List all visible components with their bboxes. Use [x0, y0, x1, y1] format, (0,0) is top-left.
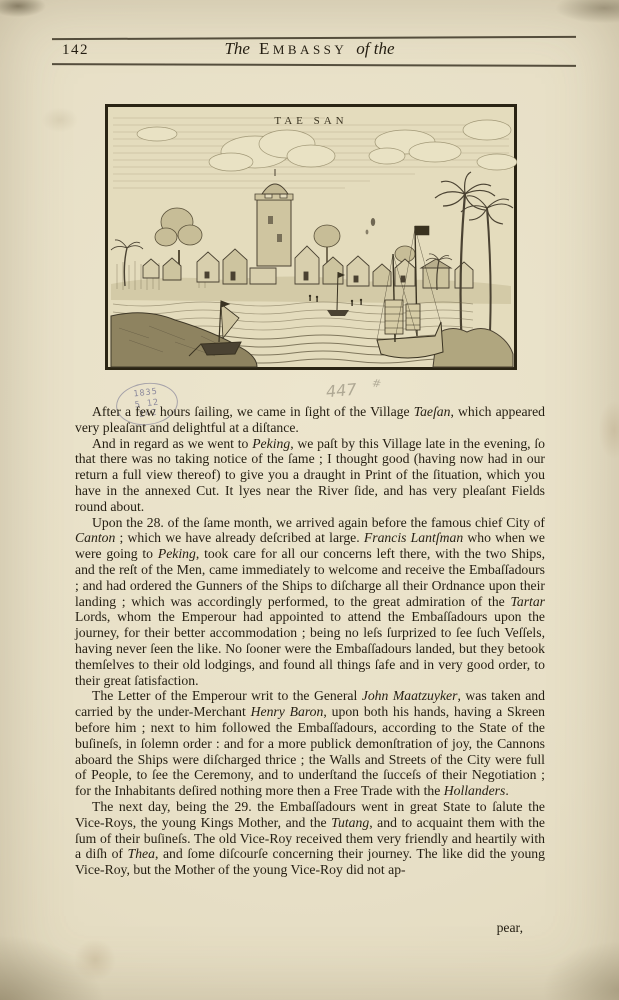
- catchword: pear,: [75, 920, 523, 936]
- paragraph: And in regard as we went to Peking, we p…: [75, 436, 545, 515]
- engraving-caption: TAE SAN: [274, 115, 347, 127]
- paragraph: After a few hours ſailing, we came in ſi…: [75, 404, 545, 436]
- running-title-caps: EMBASSY: [259, 39, 347, 59]
- header-rule-bottom: [52, 63, 576, 66]
- running-title-prefix: The: [224, 39, 250, 58]
- running-title-suffix: of the: [356, 39, 394, 58]
- paragraph: The Letter of the Emperour writ to the G…: [75, 688, 545, 799]
- paragraph: Upon the 28. of the ſame month, we arriv…: [75, 515, 545, 689]
- running-title: The EMBASSY of the: [0, 39, 619, 59]
- engraving-illustration: TAE SAN: [105, 104, 517, 370]
- paragraph: The next day, being the 29. the Embaſſad…: [75, 799, 545, 878]
- book-page-scan: 142 The EMBASSY of the: [0, 0, 619, 1000]
- body-text: After a few hours ſailing, we came in ſi…: [75, 404, 545, 878]
- pencil-annotation-secondary: #: [371, 376, 382, 390]
- pencil-annotation: 447: [325, 380, 357, 402]
- engraving-plate: TAE SAN: [105, 104, 517, 370]
